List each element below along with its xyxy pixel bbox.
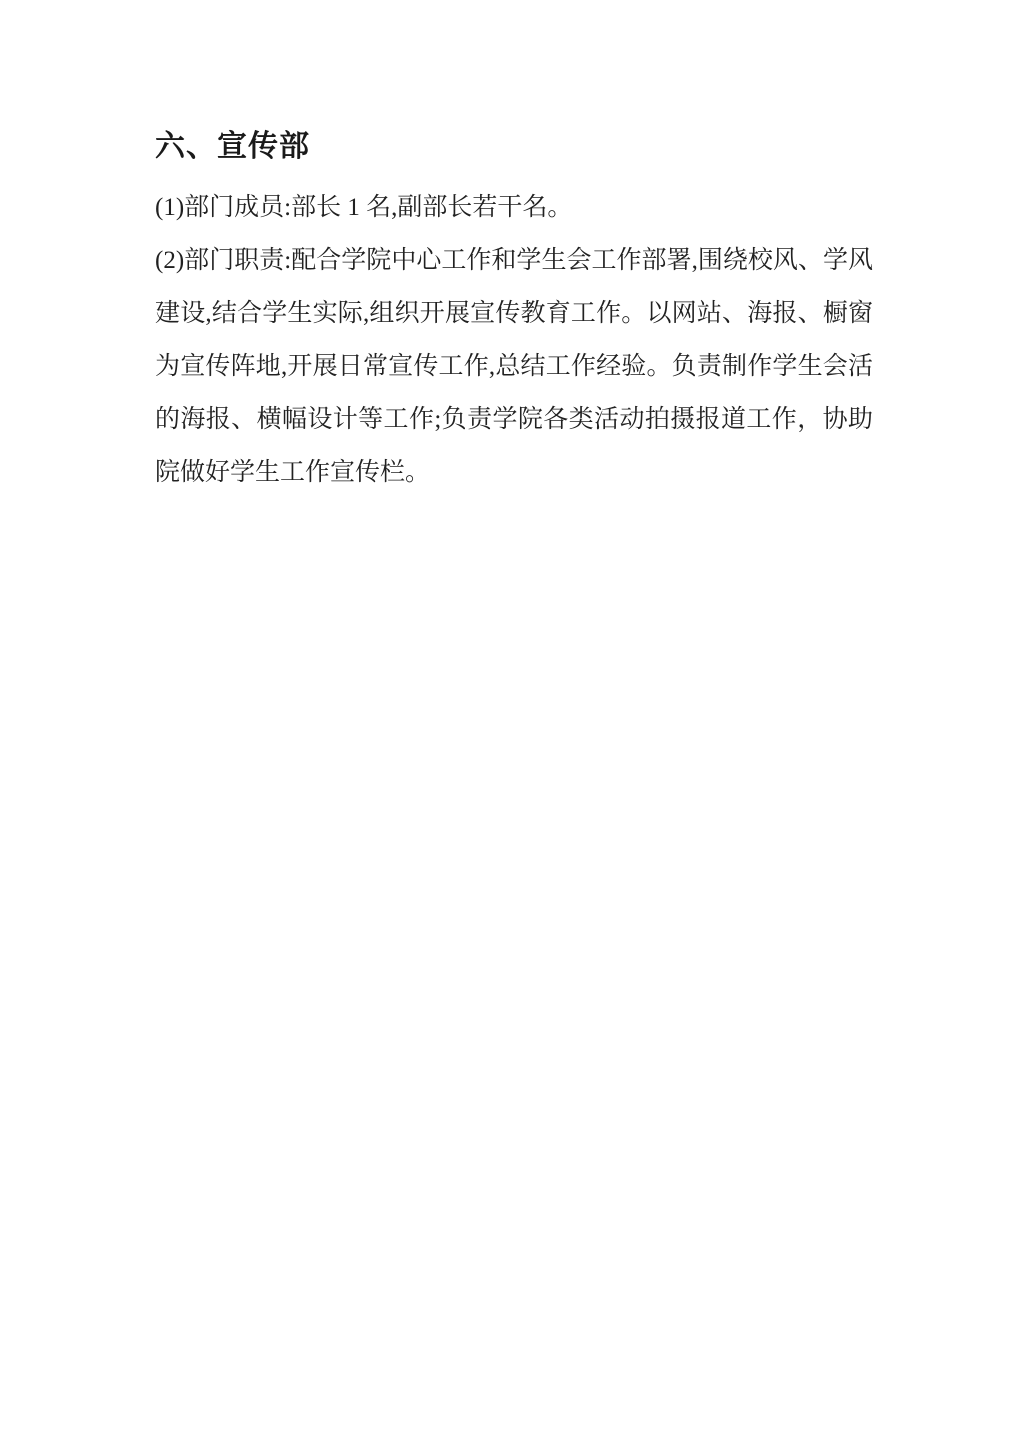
document-content: 六、宣传部 (1)部门成员:部长 1 名,副部长若干名。 (2)部门职责:配合学…	[155, 131, 873, 499]
text-line: (2)部门职责:配合学院中心工作和学生会工作部署,围绕校风、学风	[155, 234, 873, 287]
text-line: 院做好学生工作宣传栏。	[155, 446, 873, 499]
paragraph-duties: (2)部门职责:配合学院中心工作和学生会工作部署,围绕校风、学风 建设,结合学生…	[155, 234, 873, 499]
text-line: (1)部门成员:部长 1 名,副部长若干名。	[155, 181, 873, 234]
section-heading: 六、宣传部	[155, 131, 873, 163]
text-line: 为宣传阵地,开展日常宣传工作,总结工作经验。负责制作学生会活动	[155, 340, 873, 393]
text-line: 的海报、横幅设计等工作;负责学院各类活动拍摄报道工作，协助学	[155, 393, 873, 446]
document-page: 六、宣传部 (1)部门成员:部长 1 名,副部长若干名。 (2)部门职责:配合学…	[0, 0, 1024, 1448]
paragraph-members: (1)部门成员:部长 1 名,副部长若干名。	[155, 181, 873, 234]
text-line: 建设,结合学生实际,组织开展宣传教育工作。以网站、海报、橱窗等	[155, 287, 873, 340]
